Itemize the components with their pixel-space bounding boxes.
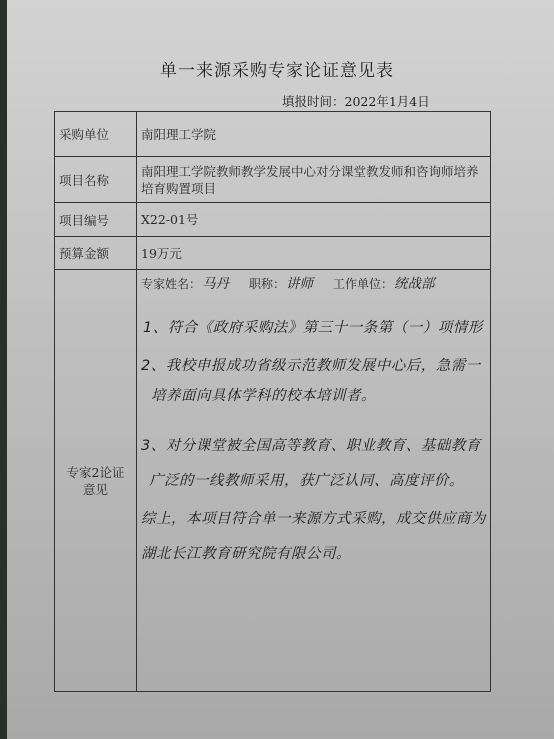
row-project-number: 项目编号 X22-01号: [55, 203, 490, 237]
label-purchasing-unit: 采购单位: [55, 112, 137, 156]
fill-date-label: 填报时间：: [282, 94, 345, 109]
expert-unit-value: 统战部: [394, 276, 435, 292]
fill-date: 填报时间：2022年1月4日: [282, 92, 430, 110]
expert-info-line: 专家姓名：马丹职称：讲师工作单位：统战部: [141, 272, 435, 292]
opinion-line-5: 广泛的一线教师采用，获广泛认同、高度评价。: [149, 469, 464, 490]
opinion-line-4: 3、对分课堂被全国高等教育、职业教育、基础教育: [141, 434, 481, 455]
value-project-number: X22-01号: [141, 203, 484, 236]
opinion-line-2: 2、我校申报成功省级示范教师发展中心后，急需一: [141, 354, 481, 375]
opinion-line-7: 湖北长江教育研究院有限公司。: [141, 542, 351, 563]
expert-name-value: 马丹: [202, 276, 229, 292]
fill-date-value: 2022年1月4日: [345, 94, 430, 109]
opinion-line-1: 1、符合《政府采购法》第三十一条第（一）项情形: [143, 316, 483, 337]
label-budget-amount: 预算金额: [55, 237, 137, 269]
row-project-name: 项目名称 南阳理工学院教师教学发展中心对分课堂教发师和咨询师培养培育购置项目: [55, 157, 490, 203]
value-budget-amount: 19万元: [141, 237, 484, 269]
label-project-number: 项目编号: [55, 203, 137, 236]
value-purchasing-unit: 南阳理工学院: [141, 112, 484, 156]
opinion-line-6: 综上，本项目符合单一来源方式采购，成交供应商为: [141, 507, 486, 528]
value-project-name: 南阳理工学院教师教学发展中心对分课堂教发师和咨询师培养培育购置项目: [141, 157, 484, 202]
expert-title-value: 讲师: [286, 276, 313, 292]
label-expert-opinion: 专家2论证意见: [55, 270, 137, 691]
expert-title-label: 职称：: [249, 277, 285, 291]
expert-opinion-content: 专家姓名：马丹职称：讲师工作单位：统战部 1、符合《政府采购法》第三十一条第（一…: [141, 270, 484, 691]
label-project-name: 项目名称: [55, 157, 137, 202]
opinion-line-3: 培养面向具体学科的校本培训者。: [151, 384, 376, 405]
row-budget-amount: 预算金额 19万元: [55, 237, 490, 270]
expert-name-label: 专家姓名：: [141, 277, 201, 291]
row-purchasing-unit: 采购单位 南阳理工学院: [55, 112, 490, 157]
row-expert-opinion: 专家2论证意见 专家姓名：马丹职称：讲师工作单位：统战部 1、符合《政府采购法》…: [55, 270, 490, 691]
expert-unit-label: 工作单位：: [333, 277, 393, 291]
argument-form-table: 采购单位 南阳理工学院 项目名称 南阳理工学院教师教学发展中心对分课堂教发师和咨…: [54, 111, 491, 692]
page-edge-shadow: [0, 0, 7, 739]
document-title: 单一来源采购专家论证意见表: [0, 56, 554, 81]
